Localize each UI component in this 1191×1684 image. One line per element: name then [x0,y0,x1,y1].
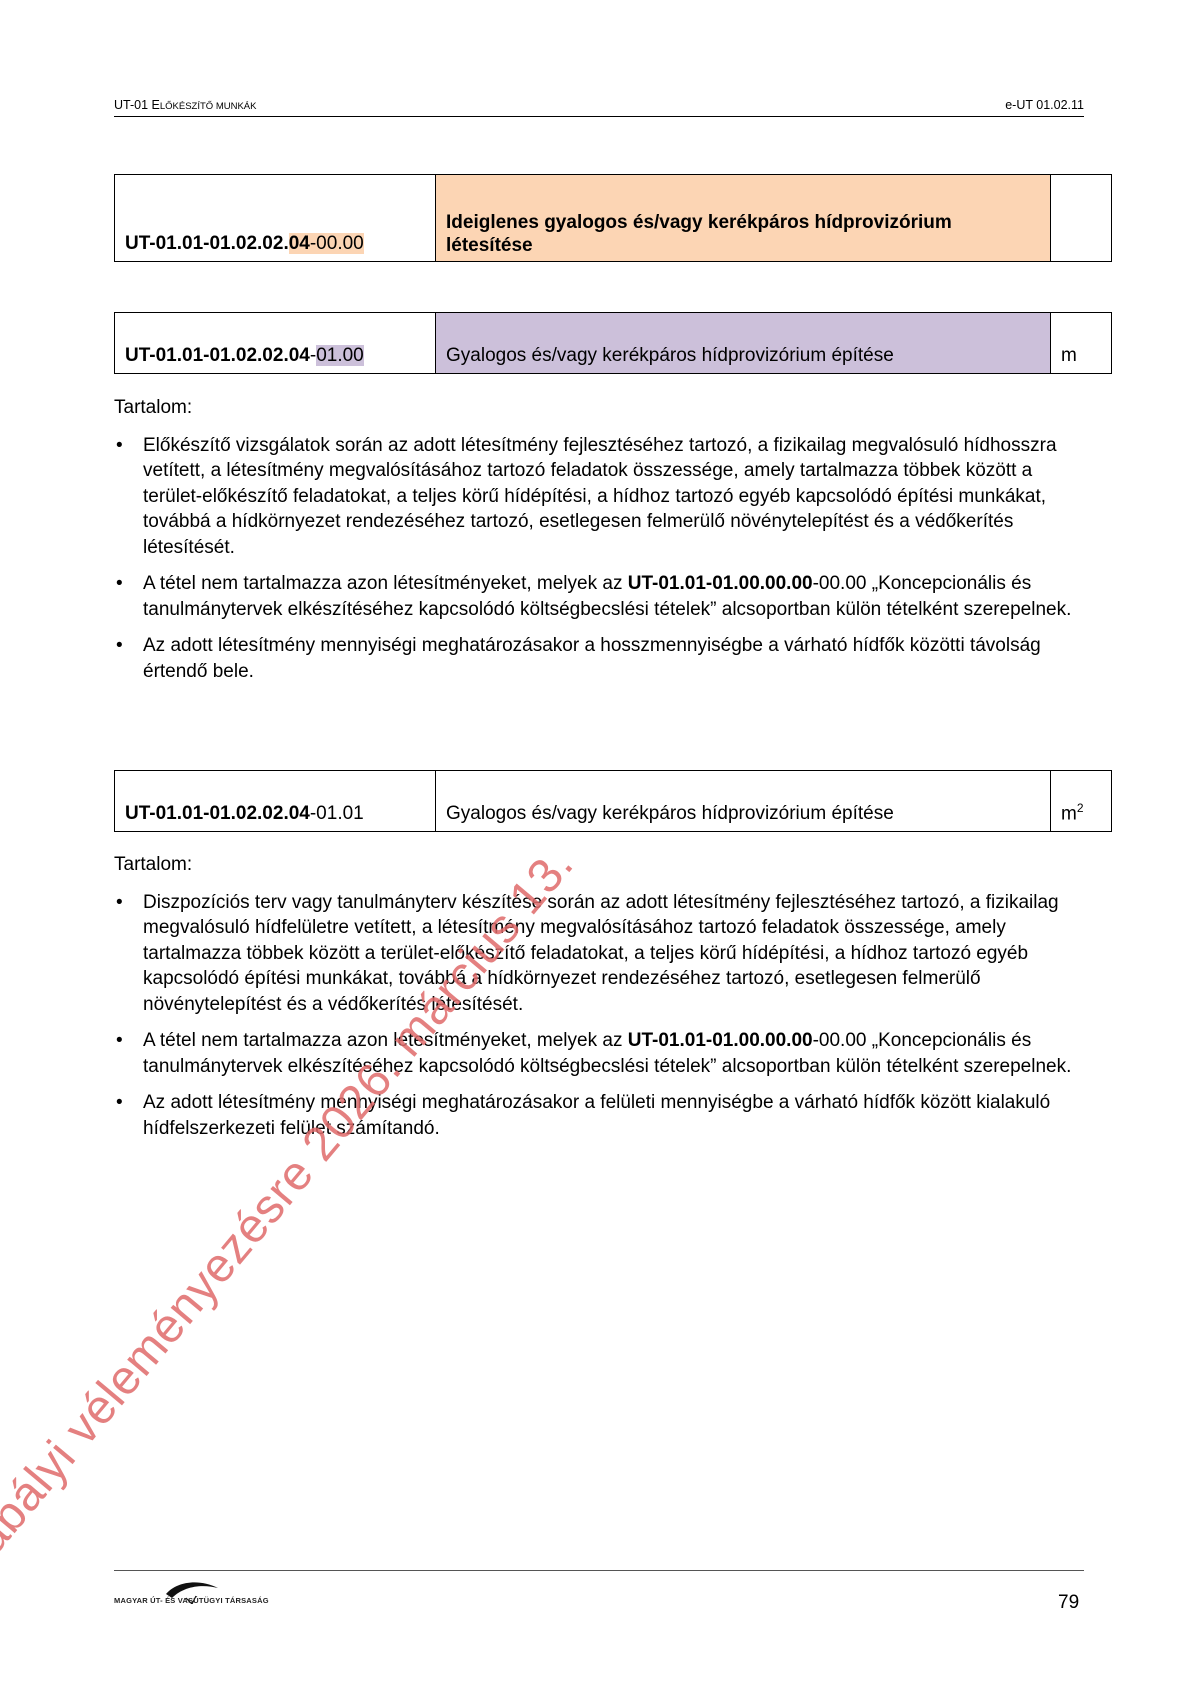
referenced-item-code: UT-01.01-01.00.00.00 [628,573,813,594]
item-code-bold: UT-01.01-01.02.02.04 [125,345,310,366]
content-list: Előkészítő vizsgálatok során az adott lé… [114,433,1094,685]
item-content-2: Tartalom: Előkészítő vizsgálatok során a… [114,395,1094,695]
list-item: A tétel nem tartalmazza azon létesítmény… [114,571,1094,622]
item-code-highlight: 01.00 [316,345,364,366]
item-code: UT-01.01-01.02.02.04-01.01 [115,771,436,832]
item-unit-exponent: 2 [1077,801,1084,815]
item-code-suffix: -01.01 [310,803,364,824]
item-content-3: Tartalom: Diszpozíciós terv vagy tanulmá… [114,852,1094,1152]
item-title: Gyalogos és/vagy kerékpáros hídprovizóri… [436,313,1051,374]
item-table-3: UT-01.01-01.02.02.04-01.01 Gyalogos és/v… [114,770,1112,832]
item-unit: m2 [1051,771,1112,832]
content-list: Diszpozíciós terv vagy tanulmányterv kés… [114,890,1094,1142]
item-code: UT-01.01-01.02.02.04-01.00 [115,313,436,374]
item-code-suffix: -00.00 [310,233,364,254]
item-code: UT-01.01-01.02.02.04-00.00 [115,175,436,262]
header-chapter-title: UT-01 ELŐKÉSZÍTŐ MUNKÁK [114,98,256,112]
list-item-text: A tétel nem tartalmazza azon létesítmény… [143,1030,628,1051]
content-label: Tartalom: [114,395,1094,421]
item-unit-base: m [1061,803,1077,824]
list-item: Az adott létesítmény mennyiségi meghatár… [114,633,1094,684]
list-item: A tétel nem tartalmazza azon létesítmény… [114,1028,1094,1079]
list-item-text: A tétel nem tartalmazza azon létesítmény… [143,573,628,594]
item-unit [1051,175,1112,262]
publisher-logo: MAGYAR ÚT- ÉS VASÚTÜGYI TÁRSASÁG [114,1578,264,1618]
list-item: Előkészítő vizsgálatok során az adott lé… [114,433,1094,561]
page-number: 79 [1058,1592,1079,1614]
list-item: Az adott létesítmény mennyiségi meghatár… [114,1090,1094,1141]
header-chapter-prefix: UT-01 E [114,98,160,112]
item-code-highlight: 04 [289,233,310,254]
item-unit: m [1051,313,1112,374]
list-item: Diszpozíciós terv vagy tanulmányterv kés… [114,890,1094,1018]
content-label: Tartalom: [114,852,1094,878]
item-table-2: UT-01.01-01.02.02.04-01.00 Gyalogos és/v… [114,312,1112,374]
item-title: Ideiglenes gyalogos és/vagy kerékpáros h… [436,175,1051,262]
item-code-bold: UT-01.01-01.02.02. [125,233,289,254]
referenced-item-code: UT-01.01-01.00.00.00 [628,1030,813,1051]
page-header: UT-01 ELŐKÉSZÍTŐ MUNKÁK e-UT 01.02.11 [114,96,1084,117]
logo-text: MAGYAR ÚT- ÉS VASÚTÜGYI TÁRSASÁG [114,1596,269,1605]
header-document-code: e-UT 01.02.11 [1005,98,1084,112]
item-title: Gyalogos és/vagy kerékpáros hídprovizóri… [436,771,1051,832]
item-table-1: UT-01.01-01.02.02.04-00.00 Ideiglenes gy… [114,174,1112,262]
footer-rule [114,1570,1084,1571]
item-code-bold: UT-01.01-01.02.02.04 [125,803,310,824]
header-chapter-smallcaps: LŐKÉSZÍTŐ MUNKÁK [160,101,257,112]
